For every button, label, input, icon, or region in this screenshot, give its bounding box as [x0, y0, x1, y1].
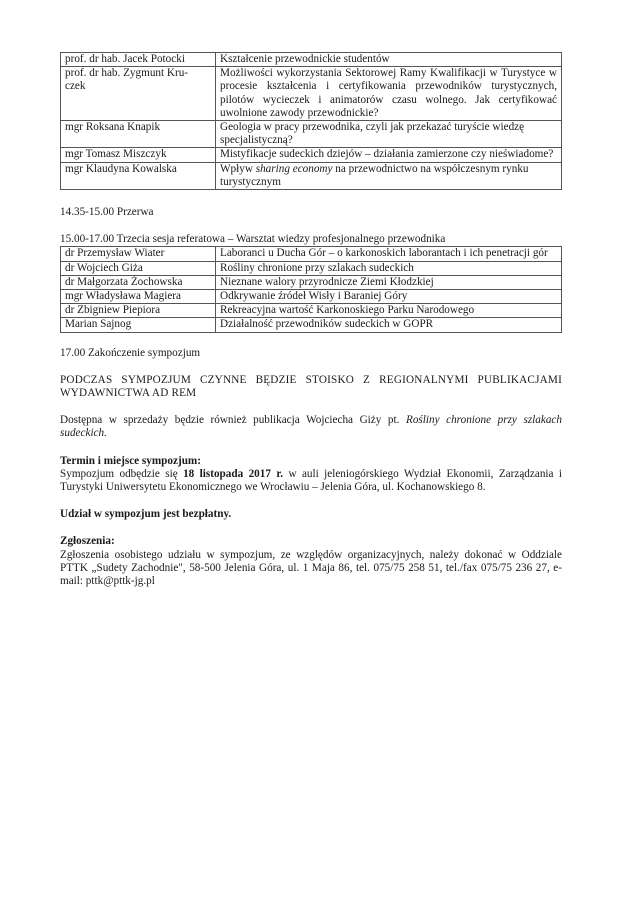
session3-heading: 15.00-17.00 Trzecia sesja referatowa – W…: [60, 233, 562, 246]
venue-heading: Termin i miejsce sympozjum:: [60, 455, 562, 468]
speaker-cell: mgr Klaudyna Kowalska: [61, 162, 216, 189]
venue-text-pre: Sympozjum odbędzie się: [60, 468, 183, 480]
speaker-cell: mgr Tomasz Miszczyk: [61, 148, 216, 162]
topic-cell: Odkrywanie źródeł Wisły i Baraniej Góry: [216, 290, 562, 304]
break-line: 14.35-15.00 Przerwa: [60, 206, 562, 219]
speaker-name: prof. dr hab. Zygmunt Kru-czek: [65, 67, 188, 92]
document-page: prof. dr hab. Jacek Potocki Kształcenie …: [60, 52, 562, 588]
publication-end: .: [104, 427, 107, 439]
registration-heading-text: Zgłoszenia:: [60, 535, 115, 547]
venue-date: 18 listopada 2017 r.: [183, 468, 283, 480]
topic-cell: Rekreacyjna wartość Karkonoskiego Parku …: [216, 304, 562, 318]
speaker-cell: dr Zbigniew Piepiora: [61, 304, 216, 318]
registration-heading: Zgłoszenia:: [60, 535, 562, 548]
free-entry: Udział w sympozjum jest bezpłatny.: [60, 508, 562, 521]
topic-cell: Nieznane walory przyrodnicze Ziemi Kłodz…: [216, 275, 562, 289]
topic-cell: Rośliny chronione przy szlakach sudeckic…: [216, 261, 562, 275]
speaker-cell: mgr Roksana Knapik: [61, 121, 216, 148]
table-row: prof. dr hab. Zygmunt Kru-czek Możliwośc…: [61, 67, 562, 121]
topic-cell: Kształcenie przewodnickie studentów: [216, 53, 562, 67]
table-row: mgr Władysława Magiera Odkrywanie źródeł…: [61, 290, 562, 304]
closing-line: 17.00 Zakończenie sympozjum: [60, 347, 562, 360]
speaker-cell: prof. dr hab. Zygmunt Kru-czek: [61, 67, 216, 121]
publication-text: Dostępna w sprzedaży będzie również publ…: [60, 414, 406, 426]
topic-text: Wpływ: [220, 163, 256, 175]
speaker-cell: Marian Sajnog: [61, 318, 216, 332]
speaker-cell: dr Przemysław Wiater: [61, 247, 216, 261]
speaker-cell: mgr Władysława Magiera: [61, 290, 216, 304]
speaker-cell: dr Małgorzata Żochowska: [61, 275, 216, 289]
publication-notice: Dostępna w sprzedaży będzie również publ…: [60, 414, 562, 440]
topic-cell: Możliwości wykorzystania Sektorowej Ramy…: [216, 67, 562, 121]
table-row: dr Wojciech Giża Rośliny chronione przy …: [61, 261, 562, 275]
table-row: mgr Roksana Knapik Geologia w pracy prze…: [61, 121, 562, 148]
stand-notice: PODCZAS SYMPOZJUM CZYNNE BĘDZIE STOISKO …: [60, 374, 562, 400]
speaker-cell: prof. dr hab. Jacek Potocki: [61, 53, 216, 67]
table-row: dr Przemysław Wiater Laboranci u Ducha G…: [61, 247, 562, 261]
topic-cell: Geologia w pracy przewodnika, czyli jak …: [216, 121, 562, 148]
topic-italic: sharing economy: [256, 163, 333, 175]
registration-text: Zgłoszenia osobistego udziału w sympozju…: [60, 549, 562, 589]
venue-heading-text: Termin i miejsce sympozjum:: [60, 455, 201, 467]
table-row: prof. dr hab. Jacek Potocki Kształcenie …: [61, 53, 562, 67]
session3-table: dr Przemysław Wiater Laboranci u Ducha G…: [60, 246, 562, 332]
venue-text: Sympozjum odbędzie się 18 listopada 2017…: [60, 468, 562, 494]
free-entry-text: Udział w sympozjum jest bezpłatny.: [60, 508, 231, 520]
topic-cell: Laboranci u Ducha Gór – o karkonoskich l…: [216, 247, 562, 261]
speaker-cell: dr Wojciech Giża: [61, 261, 216, 275]
table-row: Marian Sajnog Działalność przewodników s…: [61, 318, 562, 332]
topic-cell: Mistyfikacje sudeckich dziejów – działan…: [216, 148, 562, 162]
table-row: dr Małgorzata Żochowska Nieznane walory …: [61, 275, 562, 289]
table-row: mgr Tomasz Miszczyk Mistyfikacje sudecki…: [61, 148, 562, 162]
topic-cell: Wpływ sharing economy na przewodnictwo n…: [216, 162, 562, 189]
session2-table: prof. dr hab. Jacek Potocki Kształcenie …: [60, 52, 562, 190]
table-row: mgr Klaudyna Kowalska Wpływ sharing econ…: [61, 162, 562, 189]
table-row: dr Zbigniew Piepiora Rekreacyjna wartość…: [61, 304, 562, 318]
topic-cell: Działalność przewodników sudeckich w GOP…: [216, 318, 562, 332]
